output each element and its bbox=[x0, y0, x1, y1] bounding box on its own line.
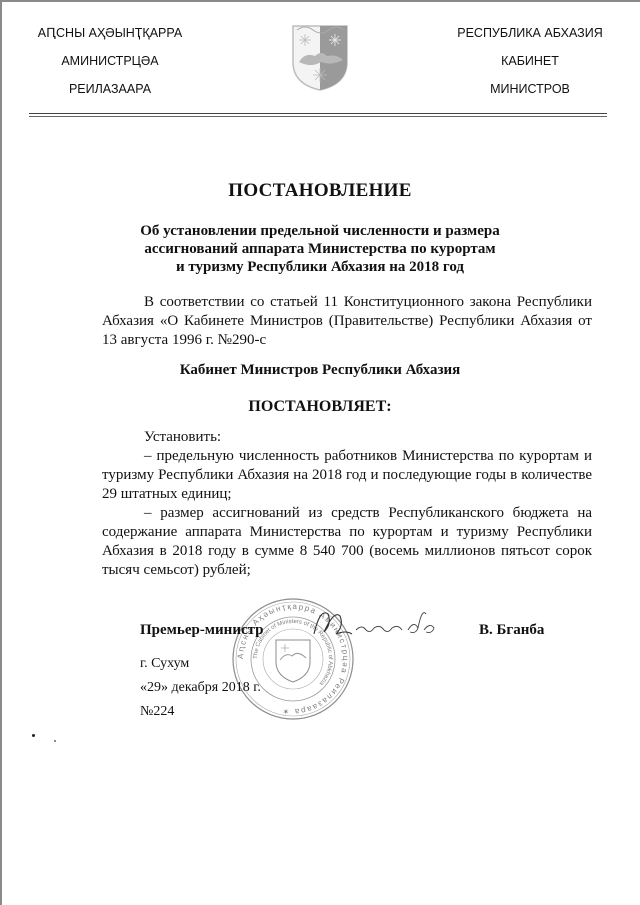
subject-line-3: и туризму Республики Абхазия на 2018 год bbox=[100, 258, 540, 276]
establish-text: Установить: bbox=[144, 429, 221, 445]
resolution-item-2: – размер ассигнований из средств Республ… bbox=[102, 504, 592, 580]
resolution-item-1-text: – предельную численность работников Мини… bbox=[102, 448, 592, 502]
header-left-abkhaz: АԤСНЫ АҲӘЫНҬҚАРРА АМИНИСТРЦӘА РЕИЛАЗААРА bbox=[30, 26, 190, 110]
document-subject: Об установлении предельной численности и… bbox=[100, 222, 540, 276]
issuer-heading: Кабинет Министров Республики Абхазия bbox=[0, 362, 640, 379]
header-right-line-1: РЕСПУБЛИКА АБХАЗИЯ bbox=[440, 26, 620, 54]
scan-speck bbox=[32, 734, 35, 737]
resolution-item-2-text: – размер ассигнований из средств Республ… bbox=[102, 505, 592, 578]
signatory-name: В. Бганба bbox=[479, 622, 544, 639]
header-left-line-2: АМИНИСТРЦӘА bbox=[30, 54, 190, 82]
document-number: №224 bbox=[140, 704, 174, 720]
coat-of-arms-icon bbox=[291, 22, 349, 92]
document-type-title: ПОСТАНОВЛЕНИЕ bbox=[0, 180, 640, 202]
resolution-item-1: – предельную численность работников Мини… bbox=[102, 447, 592, 504]
header-left-line-3: РЕИЛАЗААРА bbox=[30, 82, 190, 110]
subject-line-2: ассигнований аппарата Министерства по ку… bbox=[100, 240, 540, 258]
header-left-line-1: АԤСНЫ АҲӘЫНҬҚАРРА bbox=[30, 26, 190, 54]
handwritten-signature-icon bbox=[310, 604, 440, 644]
basis-text: В соответствии со статьей 11 Конституцио… bbox=[102, 294, 592, 348]
header-right-russian: РЕСПУБЛИКА АБХАЗИЯ КАБИНЕТ МИНИСТРОВ bbox=[440, 26, 620, 110]
signatory-position: Премьер-министр bbox=[140, 622, 264, 639]
header-right-line-3: МИНИСТРОВ bbox=[440, 82, 620, 110]
header-separator bbox=[29, 113, 607, 117]
subject-line-1: Об установлении предельной численности и… bbox=[100, 222, 540, 240]
resolves-heading: ПОСТАНОВЛЯЕТ: bbox=[0, 398, 640, 416]
basis-paragraph: В соответствии со статьей 11 Конституцио… bbox=[102, 293, 592, 350]
document-city: г. Сухум bbox=[140, 656, 189, 672]
establish-label: Установить: bbox=[102, 428, 592, 447]
scan-speck bbox=[54, 740, 56, 742]
document-date: «29» декабря 2018 г. bbox=[140, 680, 261, 696]
header-right-line-2: КАБИНЕТ bbox=[440, 54, 620, 82]
